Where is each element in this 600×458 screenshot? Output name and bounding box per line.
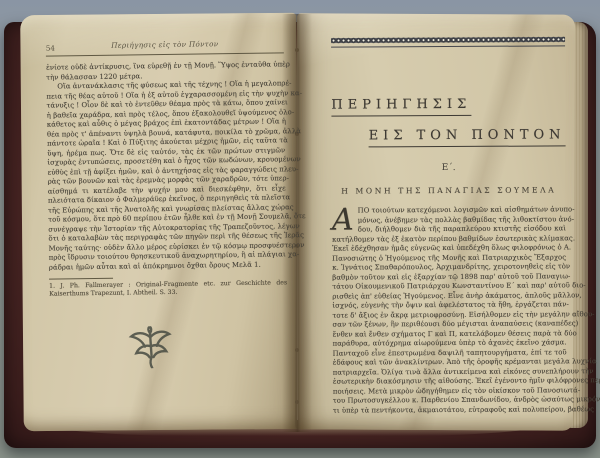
- book-title-line2: ΕΙΣ ΤΟΝ ΠΟΝΤΟΝ: [369, 127, 566, 147]
- book-title-line1: ΠΕΡΙΗΓΗΣΙΣ: [331, 97, 471, 117]
- photo-of-open-book: 54 Περιήγησις εἰς τὸν Πόντον ἑνίοτε οὐδὲ…: [0, 0, 600, 458]
- right-body-lines: ΠΟ τοιούτων κατεχόμενοι λογισμῶν καὶ αἰσ…: [332, 205, 567, 415]
- right-body-text: Α ΠΟ τοιούτων κατεχόμενοι λογισμῶν καὶ α…: [332, 205, 567, 415]
- left-body-text: ἑνίοτε οὐδὲ ἀντίκρυσις, ἵνα εὑρεθῇ ἐν τῇ…: [46, 60, 287, 272]
- title-block: ΠΕΡΙΗΓΗΣΙΣ ΕΙΣ ΤΟΝ ΠΟΝΤΟΝ: [331, 92, 565, 147]
- stitch-knots: [295, 48, 299, 52]
- running-title: Περιήγησις εἰς τὸν Πόντον: [46, 38, 284, 50]
- chapter-number: Ε΄.: [332, 162, 566, 173]
- left-page-content: 54 Περιήγησις εἰς τὸν Πόντον ἑνίοτε οὐδὲ…: [46, 38, 289, 371]
- page-number: 54: [46, 44, 55, 53]
- chain-rule: [331, 45, 565, 47]
- chain-border-ornament: [331, 35, 565, 44]
- footnote-rule: [49, 278, 113, 280]
- footnote-text: 1. J. Ph. Fallmerayer : Original-Fragmen…: [49, 279, 287, 299]
- right-page-content: ΠΕΡΙΗΓΗΣΙΣ ΕΙΣ ΤΟΝ ΠΟΝΤΟΝ Ε΄. Η ΜΟΝΗ ΤΗΣ…: [331, 35, 567, 415]
- chapter-title: Η ΜΟΝΗ ΤΗΣ ΠΑΝΑΓΙΑΣ ΣΟΥΜΕΛΑ: [332, 185, 566, 195]
- fleuron-ornament-icon: [127, 318, 290, 375]
- drop-cap-initial: Α: [332, 207, 354, 234]
- left-page-header: 54 Περιήγησις εἰς τὸν Πόντον: [46, 38, 284, 53]
